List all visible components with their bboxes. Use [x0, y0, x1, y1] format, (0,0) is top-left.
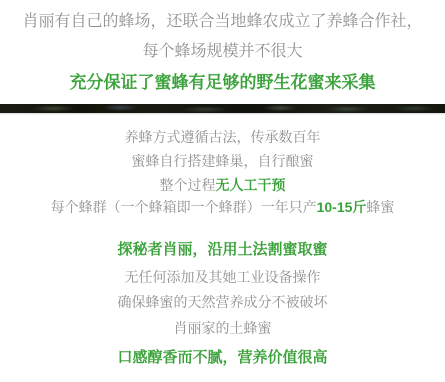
dark-photo-strip-divider [0, 104, 445, 113]
harvest-highlight-line-5: 口感醇香而不腻，营养价值很高 [0, 348, 445, 368]
method-line-4-suffix: 蜂蜜 [366, 199, 394, 215]
method-line-3: 整个过程无人工干预 [0, 175, 445, 195]
harvest-line-3: 确保蜂蜜的天然营养成分不被破坏 [0, 292, 445, 312]
harvest-line-4: 肖丽家的土蜂蜜 [0, 318, 445, 338]
intro-line-2: 每个蜂场规模并不很大 [0, 42, 445, 62]
intro-line-1: 肖丽有自己的蜂场，还联合当地蜂农成立了养蜂合作社， [0, 12, 445, 32]
method-line-1: 养蜂方式遵循古法，传承数百年 [0, 127, 445, 147]
method-line-2: 蜜蜂自行搭建蜂巢，自行酿蜜 [0, 151, 445, 171]
harvest-highlight-line-1: 探秘者肖丽，沿用土法割蜜取蜜 [0, 240, 445, 260]
method-line-4-prefix: 每个蜂群（一个蜂箱即一个蜂群）一年只产 [51, 199, 317, 215]
method-line-4-highlight: 10-15斤 [317, 199, 367, 215]
method-line-4: 每个蜂群（一个蜂箱即一个蜂群）一年只产10-15斤蜂蜜 [0, 197, 445, 217]
method-line-3-prefix: 整个过程 [160, 177, 216, 193]
method-line-3-highlight: 无人工干预 [216, 177, 286, 193]
harvest-line-2: 无任何添加及其她工业设备操作 [0, 267, 445, 287]
intro-highlight-line: 充分保证了蜜蜂有足够的野生花蜜来采集 [0, 72, 445, 94]
article-page: 肖丽有自己的蜂场，还联合当地蜂农成立了养蜂合作社， 每个蜂场规模并不很大 充分保… [0, 0, 445, 382]
